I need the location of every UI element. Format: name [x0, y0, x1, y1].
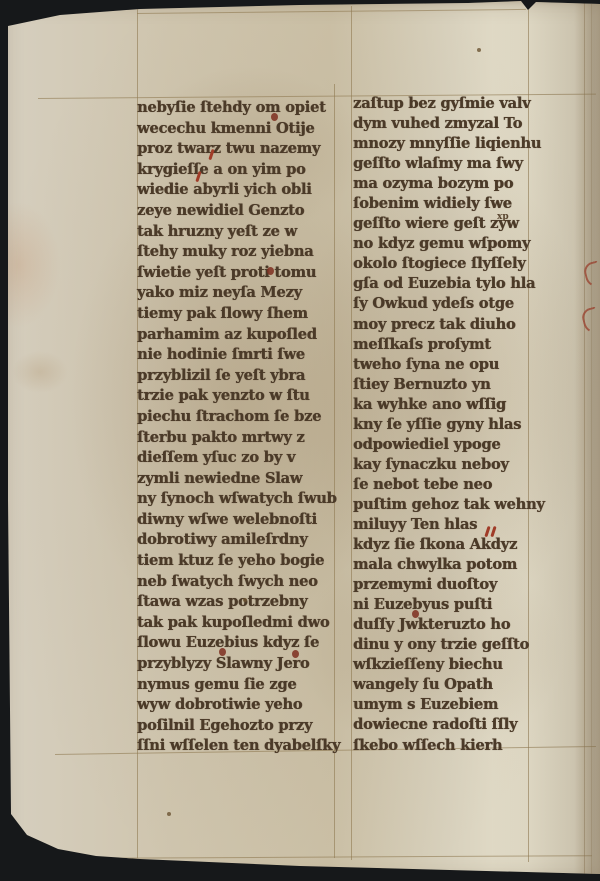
text-line: ſe nebot tebe neo — [353, 475, 543, 495]
rubric-mark — [208, 149, 214, 160]
text-line: ſtiey Bernuzto yn — [353, 375, 543, 395]
text-line: ni Euzebyus puſti — [353, 595, 543, 615]
text-line: dym vuhed zmyzal To — [353, 114, 543, 134]
text-line: krygieſſe a on yim po — [137, 160, 335, 181]
rubric-mark — [490, 526, 496, 537]
text-line: ſobenim widiely ſwe — [353, 194, 543, 214]
text-line: ſlowu Euzebius kdyz ſe — [137, 633, 335, 654]
text-line: no kdyz gemu wſpomy — [353, 234, 543, 254]
page-edge-line — [584, 0, 585, 881]
text-line: moy precz tak diuho — [353, 315, 543, 335]
text-line: ſtehy muky roz yiebna — [137, 242, 335, 263]
text-line: ſterbu pakto mrtwy z — [137, 428, 335, 449]
text-line: ſy Owkud ydeſs otge — [353, 294, 543, 314]
text-line: meſſkaſs proſymt — [353, 335, 543, 355]
text-line: dinu y ony trzie geſſto — [353, 635, 543, 655]
text-line: tak hruzny yeſt ze w — [137, 222, 335, 243]
text-line: geſſto wiere geſt zyw — [353, 214, 543, 234]
ruling-line-vertical — [528, 2, 529, 862]
ink-speck — [243, 598, 247, 602]
text-line: ny ſynoch wſwatych ſwub — [137, 489, 335, 510]
rubric-mark — [582, 260, 600, 289]
text-line: przyblyzy Slawny Jero — [137, 654, 335, 675]
text-line: diwny wſwe welebnoſti — [137, 510, 335, 531]
text-line: tiemy pak ſlowy ſhem — [137, 304, 335, 325]
text-line: dieſſem yſuc zo by v — [137, 448, 335, 469]
interlinear-abbreviation: xp — [497, 212, 509, 222]
text-line: neb ſwatych ſwych neo — [137, 572, 335, 593]
text-line: mnozy mnyſſie liqienhu — [353, 134, 543, 154]
text-line: puſtim gehoz tak wehny — [353, 495, 543, 515]
text-line: ma ozyma bozym po — [353, 174, 543, 194]
text-line: wſkzieſſeny biechu — [353, 655, 543, 675]
text-line: wyw dobrotiwie yeho — [137, 695, 335, 716]
text-line: wecechu kmenni Otije — [137, 119, 335, 140]
ruling-line-horizontal — [137, 9, 526, 14]
text-line: tiem ktuz ſe yeho bogie — [137, 551, 335, 572]
ink-speck — [477, 48, 481, 52]
ink-speck — [167, 812, 171, 816]
rubric-mark — [271, 113, 278, 121]
text-line: trzie pak yenzto w ſtu — [137, 386, 335, 407]
text-line: zeye newidiel Genzto — [137, 201, 335, 222]
rubric-mark — [484, 526, 490, 537]
rubric-mark — [292, 650, 299, 658]
text-line: ſkebo wſſech kierh — [353, 736, 543, 756]
text-line: tak pak kupoſledmi dwo — [137, 613, 335, 634]
rubric-mark — [267, 267, 274, 275]
text-line: zaſtup bez gyſmie valv — [353, 94, 543, 114]
text-line: przemymi duoſtoy — [353, 575, 543, 595]
text-line: ſwietie yeſt proti tomu — [137, 263, 335, 284]
text-line: parhamim az kupoſled — [137, 325, 335, 346]
text-line: zymli newiedne Slaw — [137, 469, 335, 490]
text-line: ſſni wſſelen ten dyabelſky — [137, 736, 335, 757]
rubric-mark — [219, 648, 226, 656]
text-line: kay ſynaczku neboy — [353, 455, 543, 475]
ruling-line-vertical — [351, 6, 352, 860]
ruling-line-horizontal — [55, 746, 596, 755]
text-line: odpowiediel ypoge — [353, 435, 543, 455]
background-notch — [88, 859, 135, 881]
text-line: piechu ſtrachom ſe bze — [137, 407, 335, 428]
text-line: duſſy Jwkteruzto ho — [353, 615, 543, 635]
page-edge-line — [591, 0, 592, 881]
text-line: ka wyhke ano wſſig — [353, 395, 543, 415]
page: nebyſie ſtehdy om opietwecechu kmenni Ot… — [0, 0, 600, 881]
manuscript-scan: nebyſie ſtehdy om opietwecechu kmenni Ot… — [0, 0, 600, 881]
ruling-line-horizontal — [38, 94, 596, 99]
ruling-line-horizontal — [58, 855, 592, 859]
text-line: dobrotiwy amileſrdny — [137, 530, 335, 551]
rubric-mark — [412, 610, 419, 618]
text-line: tweho ſyna ne opu — [353, 355, 543, 375]
text-column-1: nebyſie ſtehdy om opietwecechu kmenni Ot… — [137, 98, 335, 757]
text-line: nebyſie ſtehdy om opiet — [137, 98, 335, 119]
ruling-line-vertical — [137, 8, 138, 858]
ruling-line-vertical — [334, 84, 335, 858]
text-line: wiedie abyrli yich obli — [137, 180, 335, 201]
text-column-2: zaſtup bez gyſmie valvdym vuhed zmyzal T… — [353, 94, 543, 756]
text-line: umym s Euzebiem — [353, 695, 543, 715]
text-line: okolo ſtogiece ſlyſſely — [353, 254, 543, 274]
text-line: poſilnil Egehozto przy — [137, 716, 335, 737]
text-line: dowiecne radoſti ſſly — [353, 715, 543, 735]
rubric-mark — [580, 306, 600, 335]
text-line: mala chwylka potom — [353, 555, 543, 575]
text-line: ſtawa wzas potrzebny — [137, 592, 335, 613]
text-line: geſſto wlaſmy ma ſwy — [353, 154, 543, 174]
text-line: przyblizil ſe yeſt ybra — [137, 366, 335, 387]
text-line: gſa od Euzebia tylo hla — [353, 274, 543, 294]
fore-edge — [574, 0, 600, 881]
text-line: nymus gemu ſie zge — [137, 675, 335, 696]
rubric-mark — [195, 171, 201, 182]
text-line: proz twarz twu nazemy — [137, 139, 335, 160]
text-line: yako miz neyſa Mezy — [137, 283, 335, 304]
text-line: miluyy Ten hlas — [353, 515, 543, 535]
text-line: kdyz ſie ſkona Akdyz — [353, 535, 543, 555]
text-line: nie hodinie ſmrti ſwe — [137, 345, 335, 366]
text-line: wangely ſu Opath — [353, 675, 543, 695]
text-line: kny ſe yſſie gyny hlas — [353, 415, 543, 435]
